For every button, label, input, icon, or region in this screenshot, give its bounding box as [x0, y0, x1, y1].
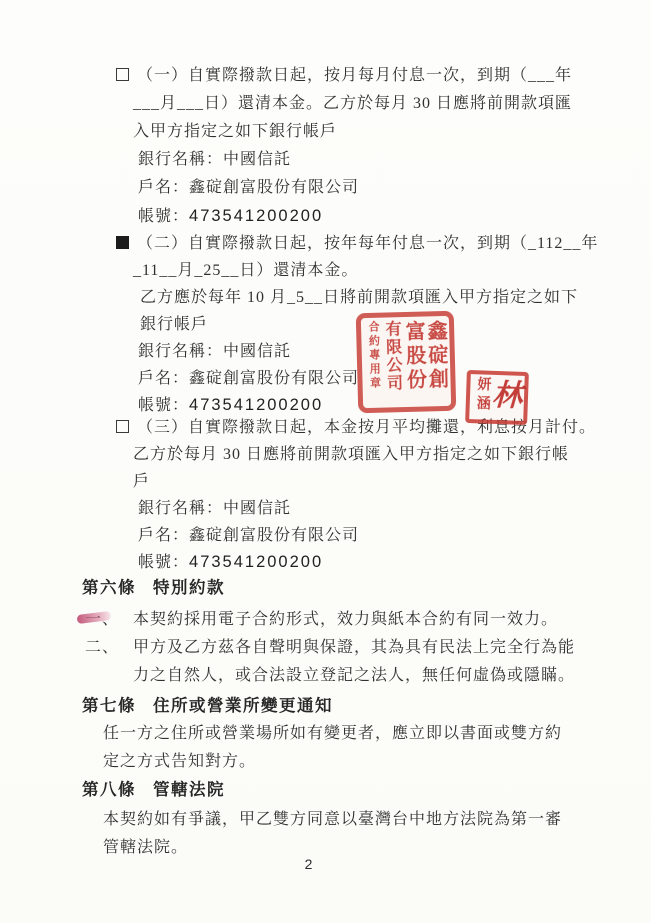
account-number-label: 帳號：	[138, 208, 189, 225]
article-7-title: 住所或營業所變更通知	[153, 696, 333, 715]
article-6-item-1-marker: 一、	[85, 606, 119, 634]
account-name-line: 戶名：鑫碇創富股份有限公司	[0, 174, 651, 202]
checkbox-unchecked-icon	[116, 420, 129, 433]
account-number-line: 帳號：473541200200	[0, 202, 651, 231]
account-number-line: 帳號：473541200200	[0, 549, 651, 576]
company-seal-column-2: 富股份	[402, 319, 426, 406]
article-8-number: 第八條	[82, 780, 136, 799]
company-seal-stamp: 鑫碇創 富股份 有限公司 合約專用章	[356, 311, 457, 414]
bank-name-label: 銀行名稱：	[138, 343, 223, 360]
repayment-option-2: （二）自實際撥款日起，按年每年付息一次，到期（_112__年 _11__月_25…	[0, 230, 651, 419]
account-number-value: 473541200200	[189, 553, 323, 571]
option-1-marker: （一）	[137, 67, 188, 84]
option-2-marker: （二）	[137, 235, 188, 252]
checkbox-unchecked-icon	[116, 68, 129, 81]
name-seal-char-han: 涵	[474, 395, 490, 415]
option-3-text: 自實際撥款日起，本金按月平均攤還，利息按月計付。	[188, 419, 596, 436]
option-2-line-1: （二）自實際撥款日起，按年每年付息一次，到期（_112__年	[0, 230, 651, 257]
option-2-line-3: 乙方應於每年 10 月_5__日將前開款項匯入甲方指定之如下	[0, 284, 651, 311]
account-name-value: 鑫碇創富股份有限公司	[189, 527, 359, 544]
article-8: 第八條管轄法院 本契約如有爭議，甲乙雙方同意以臺灣台中地方法院為第一審 管轄法院…	[0, 776, 651, 862]
article-6-item-2-text: 甲方及乙方茲各自聲明與保證，其為具有民法上完全行為能	[133, 639, 575, 656]
article-8-line-1: 本契約如有爭議，甲乙雙方同意以臺灣台中地方法院為第一審	[0, 806, 651, 834]
article-6-item-2-line-2: 力之自然人，或合法設立登記之法人，無任何虛偽或隱瞞。	[0, 662, 651, 690]
account-name-value: 鑫碇創富股份有限公司	[189, 370, 359, 387]
article-6-heading: 第六條特別約款	[0, 574, 651, 602]
option-1-line-2: ___月___日）還清本金。乙方於每月 30 日應將前開款項匯	[0, 90, 651, 118]
company-seal-side-label: 合約專用章	[366, 320, 382, 406]
article-6-item-2-marker: 二、	[85, 634, 119, 662]
personal-name-stamp: 妍涵 林	[465, 370, 529, 425]
item-1-marker-text: 一、	[85, 611, 119, 628]
account-name-label: 戶名：	[138, 527, 189, 544]
article-8-heading: 第八條管轄法院	[0, 776, 651, 804]
account-name-line: 戶名：鑫碇創富股份有限公司	[0, 522, 651, 549]
article-7-heading: 第七條住所或營業所變更通知	[0, 692, 651, 720]
company-seal-column-1: 鑫碇創	[424, 318, 448, 405]
article-6: 第六條特別約款 一、本契約採用電子合約形式，效力與紙本合約有同一效力。 二、甲方…	[0, 574, 651, 690]
bank-name-value: 中國信託	[223, 151, 291, 168]
bank-name-value: 中國信託	[223, 343, 291, 360]
account-name-value: 鑫碇創富股份有限公司	[189, 179, 359, 196]
name-seal-char-yan: 妍	[475, 376, 491, 396]
article-7: 第七條住所或營業所變更通知 任一方之住所或營業場所如有變更者，應立即以書面或雙方…	[0, 692, 651, 776]
bank-name-label: 銀行名稱：	[138, 500, 223, 517]
contract-scan-page: （一）自實際撥款日起，按月每月付息一次，到期（___年 ___月___日）還清本…	[0, 0, 651, 923]
article-6-number: 第六條	[82, 578, 136, 597]
name-seal-char-lin: 林	[490, 377, 523, 419]
option-3-line-1: （三）自實際撥款日起，本金按月平均攤還，利息按月計付。	[0, 414, 651, 441]
repayment-option-1: （一）自實際撥款日起，按月每月付息一次，到期（___年 ___月___日）還清本…	[0, 62, 651, 231]
account-number-value: 473541200200	[189, 396, 323, 414]
article-6-title: 特別約款	[153, 578, 225, 597]
option-1-line-3: 入甲方指定之如下銀行帳戶	[0, 118, 651, 146]
option-2-line-2: _11__月_25__日）還清本金。	[0, 257, 651, 284]
bank-name-label: 銀行名稱：	[138, 151, 223, 168]
bank-name-line: 銀行名稱：中國信託	[0, 146, 651, 174]
option-3-line-3: 戶	[0, 468, 651, 495]
repayment-option-3: （三）自實際撥款日起，本金按月平均攤還，利息按月計付。 乙方於每月 30 日應將…	[0, 414, 651, 576]
checkbox-checked-icon	[116, 236, 129, 249]
page-number: 2	[0, 856, 634, 872]
option-3-marker: （三）	[137, 419, 188, 436]
article-7-number: 第七條	[82, 696, 136, 715]
account-name-label: 戶名：	[138, 179, 189, 196]
article-8-title: 管轄法院	[153, 780, 225, 799]
article-7-line-1: 任一方之住所或營業場所如有變更者，應立即以書面或雙方約	[0, 720, 651, 748]
company-seal-column-3: 有限公司	[380, 319, 404, 406]
option-2-text: 自實際撥款日起，按年每年付息一次，到期（_112__年	[188, 235, 598, 252]
article-6-item-1-text: 本契約採用電子合約形式，效力與紙本合約有同一效力。	[133, 611, 558, 628]
item-2-marker-text: 二、	[85, 639, 119, 656]
option-3-line-2: 乙方於每月 30 日應將前開款項匯入甲方指定之如下銀行帳	[0, 441, 651, 468]
option-1-text: 自實際撥款日起，按月每月付息一次，到期（___年	[188, 67, 572, 84]
name-seal-left-column: 妍涵	[472, 376, 491, 418]
article-7-line-2: 定之方式告知對方。	[0, 748, 651, 776]
account-number-value: 473541200200	[189, 207, 323, 225]
bank-name-line: 銀行名稱：中國信託	[0, 495, 651, 522]
bank-name-value: 中國信託	[223, 500, 291, 517]
article-6-item-1: 一、本契約採用電子合約形式，效力與紙本合約有同一效力。	[0, 606, 651, 634]
bank-name-line: 銀行名稱：中國信託	[0, 338, 651, 365]
account-number-label: 帳號：	[138, 554, 189, 571]
account-number-label: 帳號：	[138, 397, 189, 414]
option-2-line-4: 銀行帳戶	[0, 311, 651, 338]
article-6-item-2-line-1: 二、甲方及乙方茲各自聲明與保證，其為具有民法上完全行為能	[0, 634, 651, 662]
account-name-line: 戶名：鑫碇創富股份有限公司	[0, 365, 651, 392]
account-name-label: 戶名：	[138, 370, 189, 387]
option-1-line-1: （一）自實際撥款日起，按月每月付息一次，到期（___年	[0, 62, 651, 90]
